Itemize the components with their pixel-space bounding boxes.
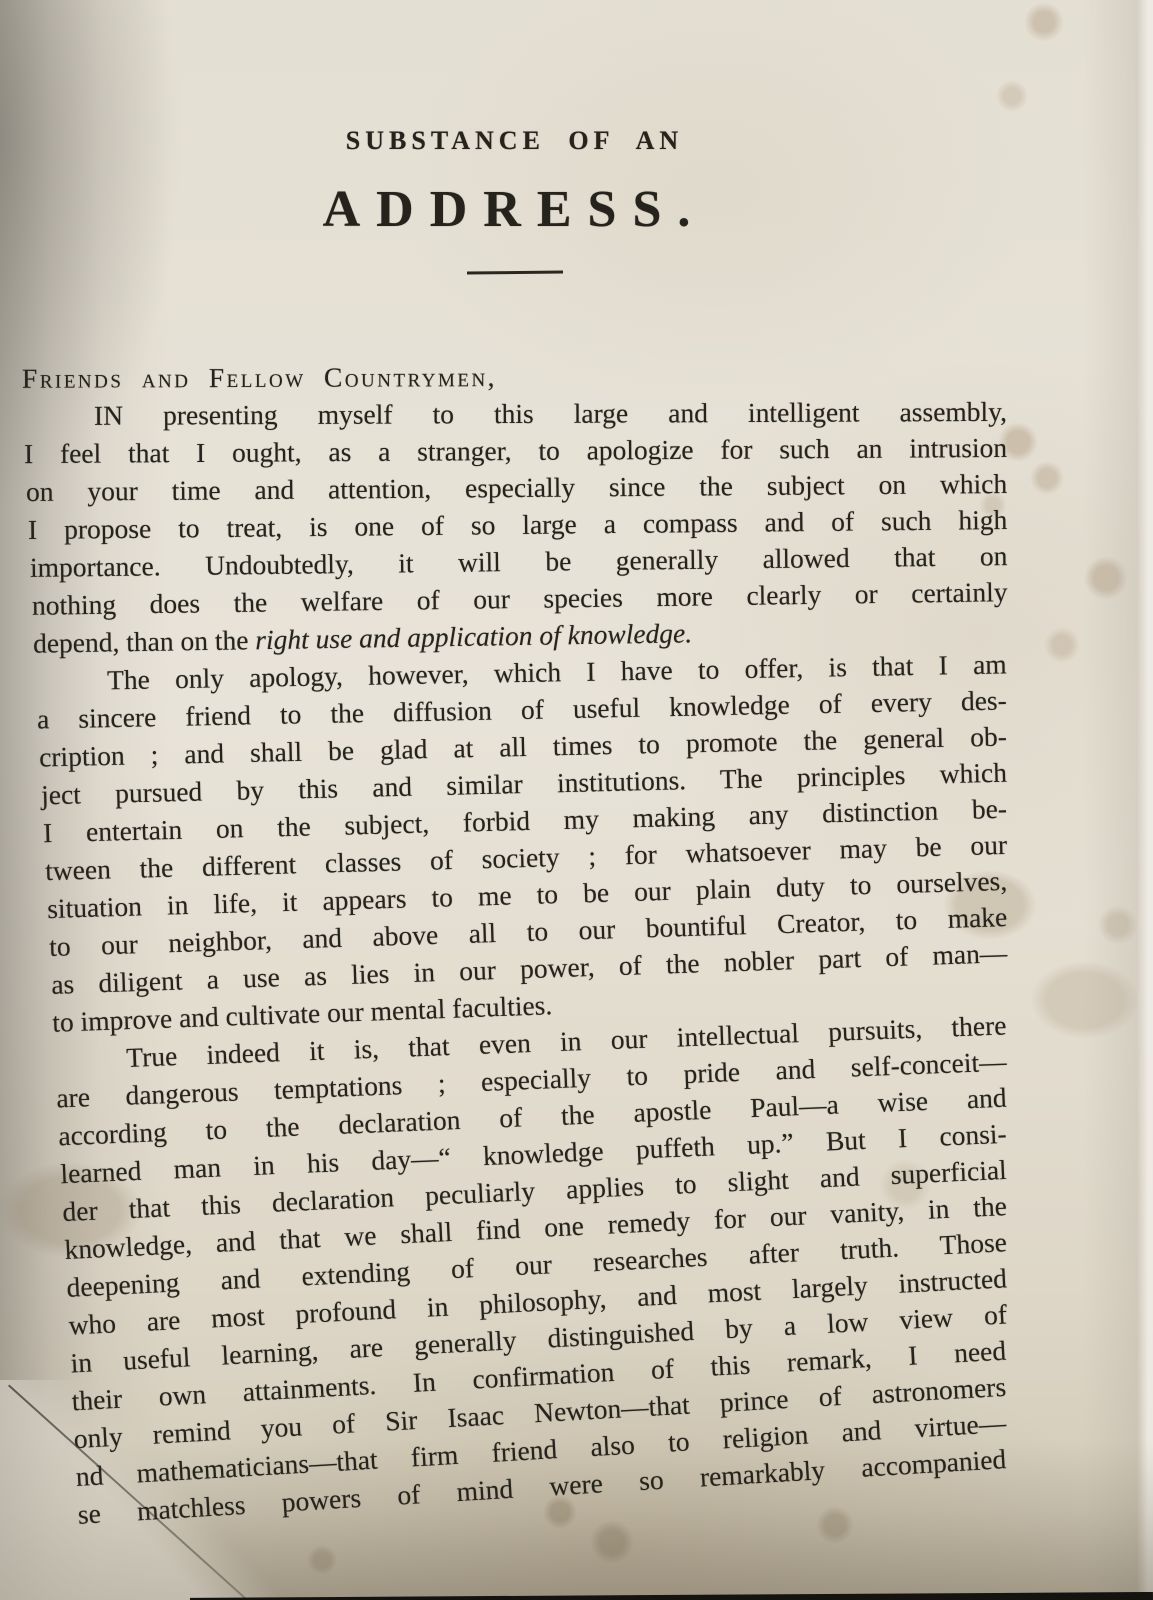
text-line: IN presenting myself to this large and i… — [22, 393, 1007, 434]
heading-large: ADDRESS. — [22, 180, 1007, 239]
book-page: SUBSTANCE OF AN ADDRESS. Friends and Fel… — [0, 0, 1153, 1600]
paragraph: IN presenting myself to this large and i… — [22, 395, 1007, 654]
photo-edge — [190, 1592, 1153, 1600]
divider-rule — [466, 270, 562, 274]
paragraph: True indeed it is, that even in our inte… — [22, 1024, 1007, 1505]
salutation: Friends and Fellow Countrymen, — [22, 356, 1007, 396]
paragraph: The only apology, however, which I have … — [22, 654, 1007, 1024]
paragraphs: IN presenting myself to this large and i… — [22, 395, 1007, 1505]
page-header: SUBSTANCE OF AN ADDRESS. — [22, 0, 1007, 274]
address-text: Friends and Fellow Countrymen, IN presen… — [22, 358, 1007, 1505]
heading-small: SUBSTANCE OF AN — [22, 126, 1007, 156]
